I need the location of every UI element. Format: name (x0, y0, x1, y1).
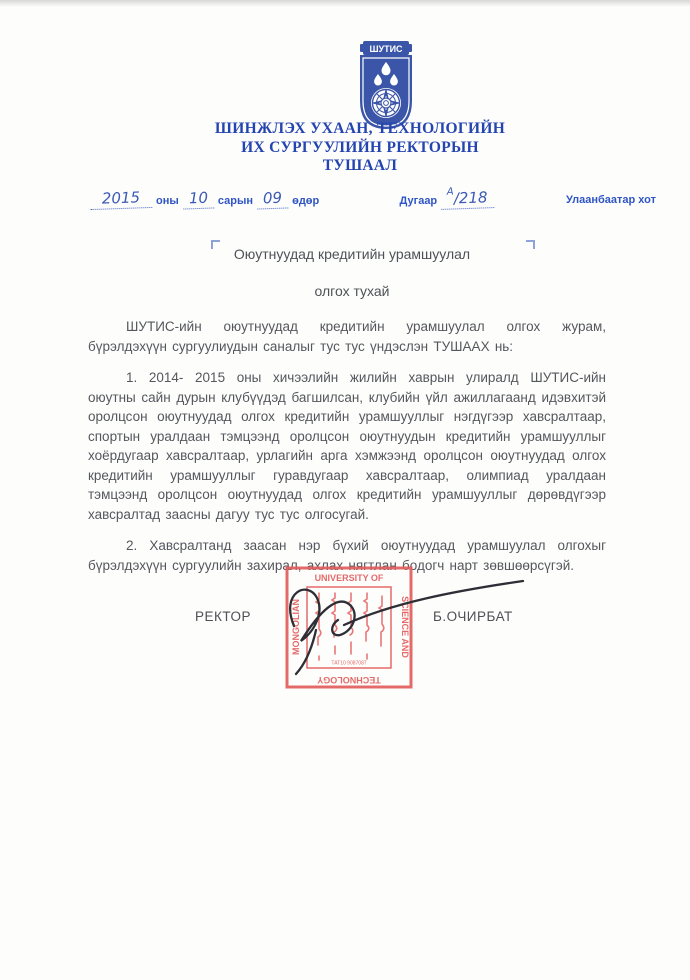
letterhead-line-1: ШИНЖЛЭХ УХААН, ТЕХНОЛОГИЙН (30, 120, 690, 139)
university-emblem-icon: ШУТИС (346, 40, 426, 132)
subject-block: Оюутнуудад кредитийн урамшуулал олгох ту… (0, 246, 690, 299)
order-number-sup: A (447, 186, 454, 197)
handwritten-order-number: A/218 (441, 188, 494, 210)
scanned-document-page: ШУТИС ШИНЖЛЭХ УХААН, ТЕХНОЛОГИЙН ИХ СУРГ… (0, 0, 690, 980)
order-item-1: 1. 2014- 2015 оны хичээлийн жилийн хавры… (88, 368, 606, 524)
handwritten-signature (232, 568, 532, 683)
emblem-label: ШУТИС (369, 44, 403, 54)
letterhead-title: ШИНЖЛЭХ УХААН, ТЕХНОЛОГИЙН ИХ СУРГУУЛИЙН… (0, 120, 690, 176)
day-suffix-label: өдөр (288, 195, 323, 209)
handwritten-day: 09 (257, 188, 289, 209)
handwritten-month: 10 (182, 188, 214, 209)
letterhead-line-2: ИХ СУРГУУЛИЙН РЕКТОРЫН (30, 139, 690, 158)
order-number-group: Дугаар A/218 (396, 189, 494, 209)
city-label: Улаанбаатар хот (566, 194, 656, 209)
month-suffix-label: сарын (214, 195, 257, 209)
year-suffix-label: оны (152, 195, 183, 209)
subject-line-1: Оюутнуудад кредитийн урамшуулал (14, 246, 690, 262)
date-group: 2015 оны 10 сарын 09 өдөр (90, 189, 323, 209)
order-number-main: /218 (454, 188, 488, 207)
letterhead-line-3: ТУШААЛ (30, 157, 690, 176)
subject-line-2: олгох тухай (14, 283, 690, 299)
scanner-edge-shadow (0, 0, 690, 7)
order-number-label: Дугаар (396, 195, 442, 209)
date-row: 2015 оны 10 сарын 09 өдөр Дугаар A/218 У… (90, 183, 656, 209)
body-text-block: ШУТИС-ийн оюутнуудад кредитийн урамшуула… (88, 317, 606, 587)
intro-paragraph: ШУТИС-ийн оюутнуудад кредитийн урамшуула… (88, 317, 606, 356)
handwritten-year: 2015 (90, 188, 153, 210)
